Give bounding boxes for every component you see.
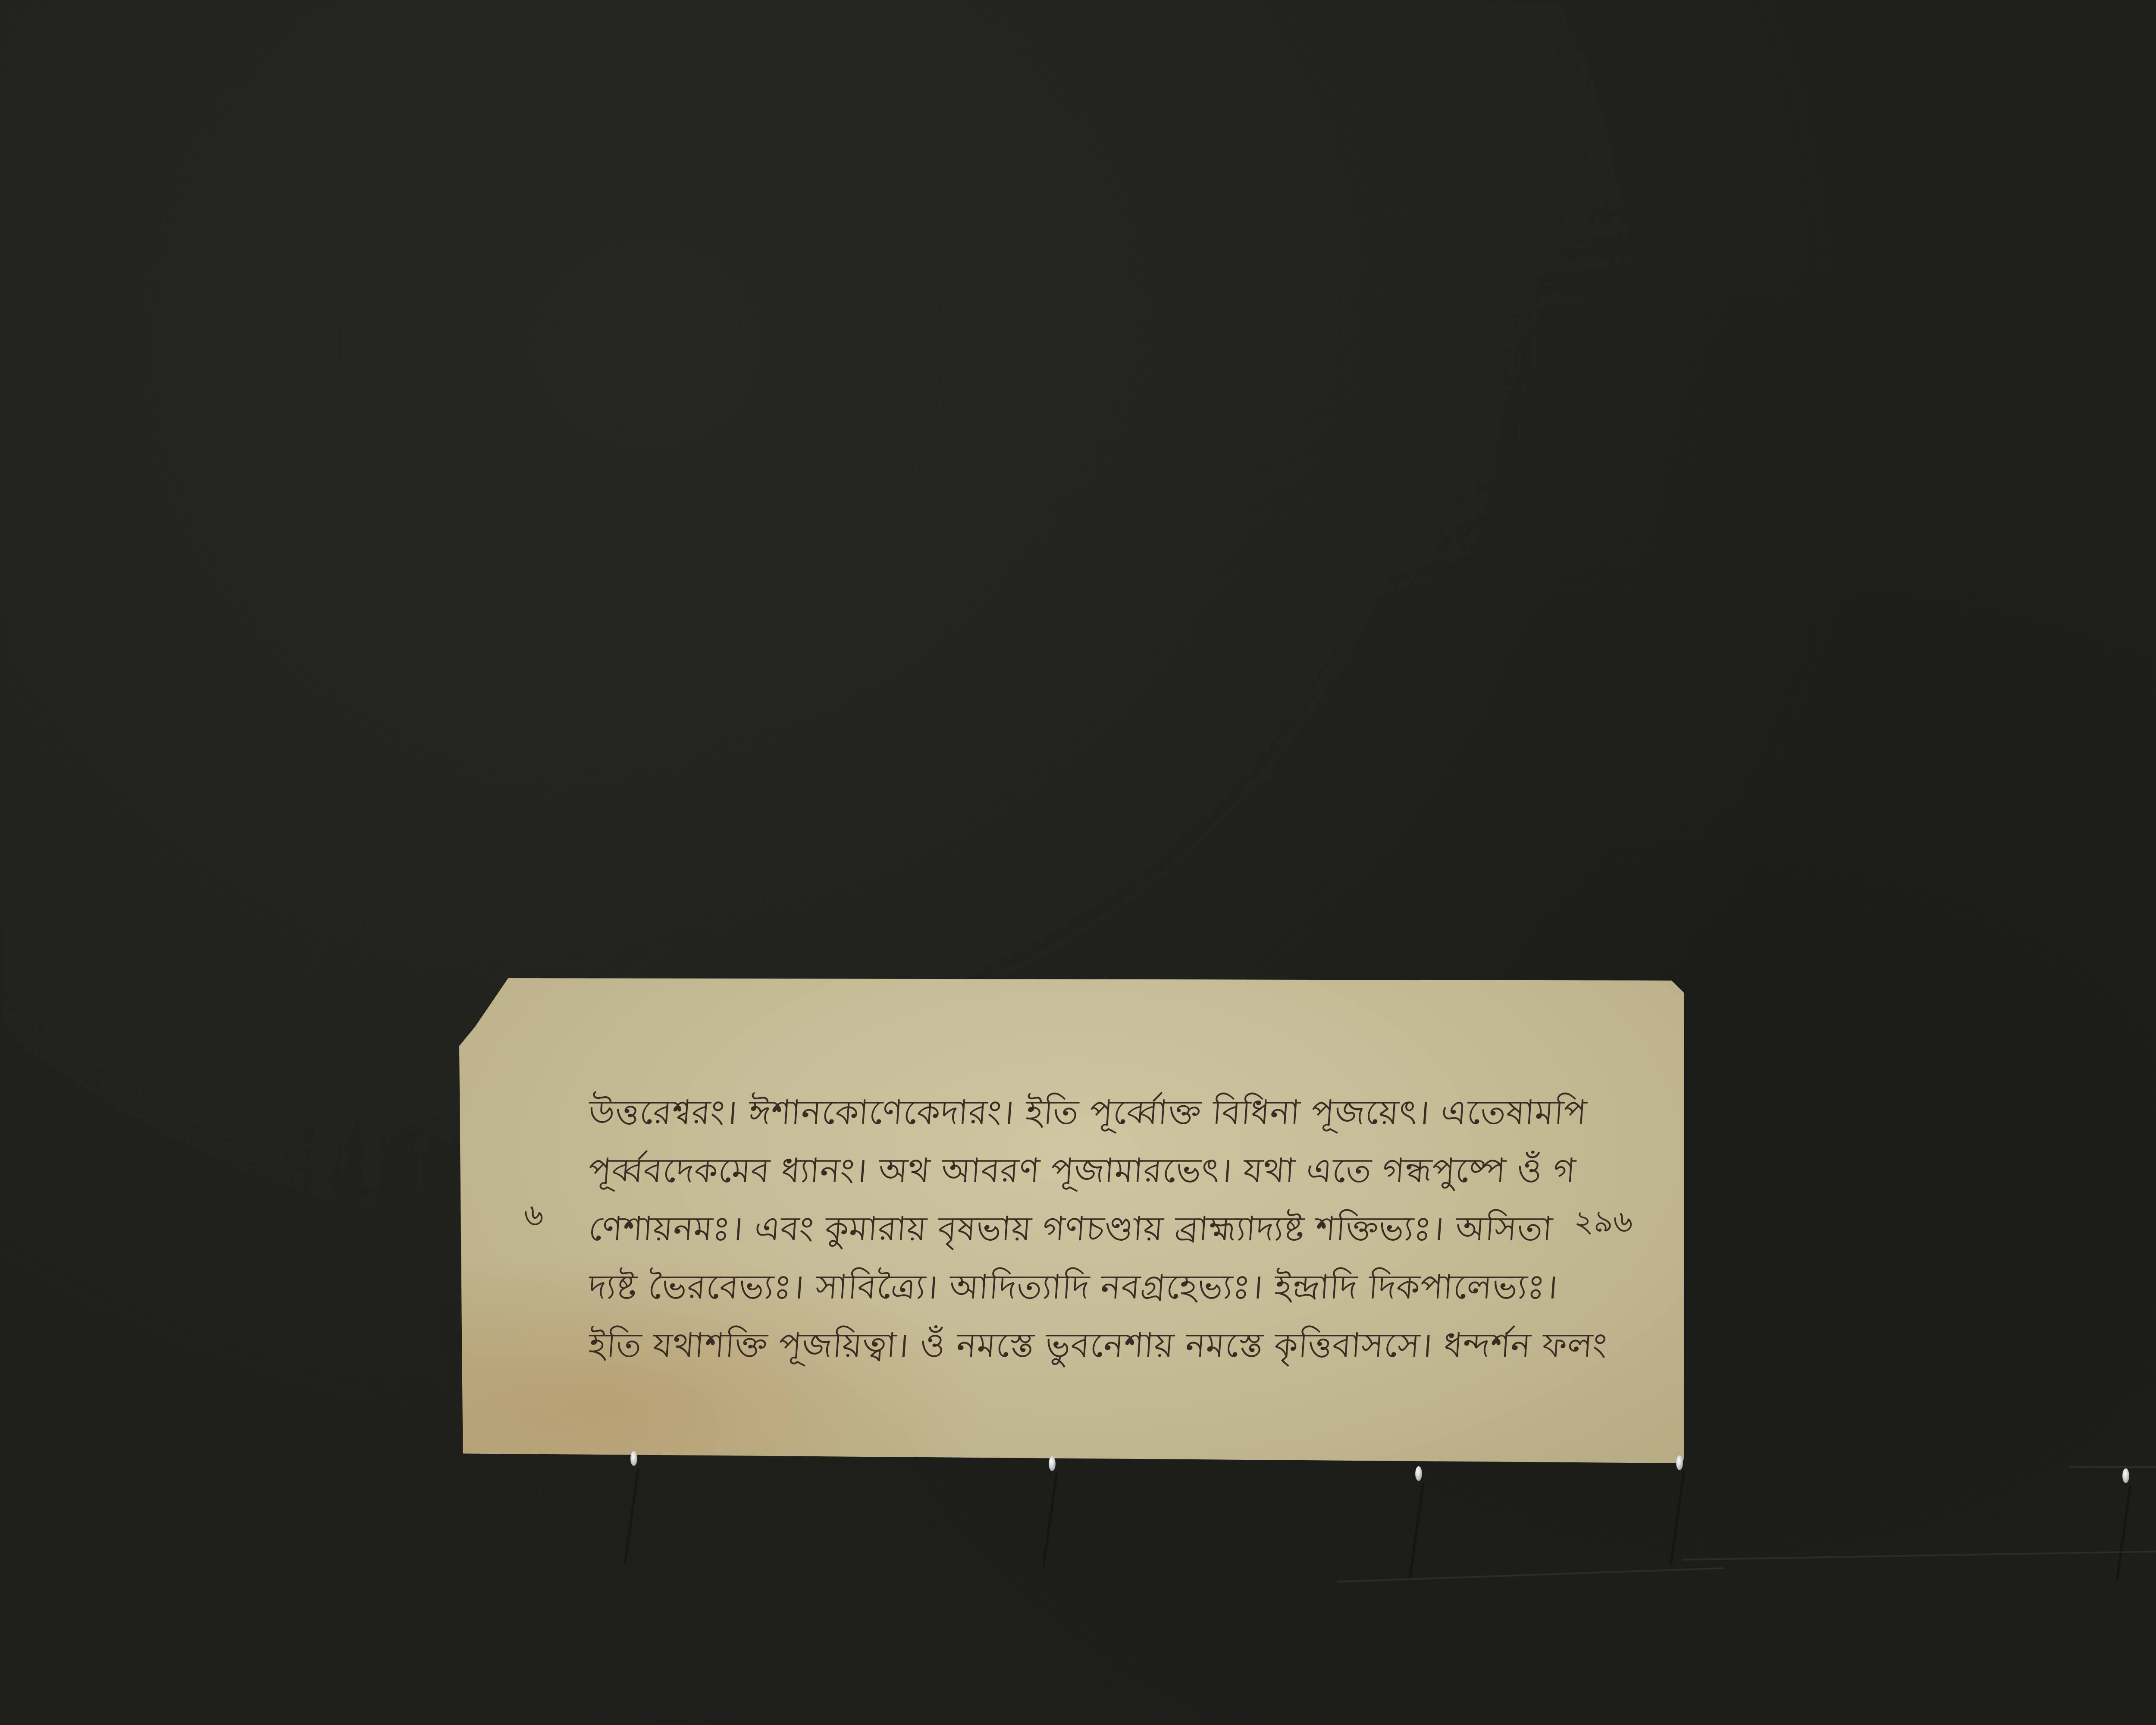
manuscript-line: দ্যষ্ট ভৈরবেভ্যঃ। সাবিত্র্যৈ। আদিত্যাদি … [586,1258,1617,1317]
pin-shadow [1670,1471,1686,1565]
pin-shadow [2116,1486,2132,1581]
manuscript-line: পূর্ব্ববদেকমেব ধ্যানং। অথ আবরণ পূজামারভে… [586,1142,1617,1200]
pin-icon [1049,1456,1056,1471]
manuscript-line: ণেশায়নমঃ। এবং কুমারায় বৃষভায় গণচণ্ডায… [586,1200,1617,1258]
board-scratch [1682,1546,2156,1561]
pin-icon [2122,1468,2129,1483]
pin-shadow [624,1468,640,1563]
folio-number: ২৯৬ [1574,1198,1633,1248]
pin-icon [630,1451,637,1466]
manuscript-line: উত্তরেশ্বরং। ঈশানকোণেকেদারং। ইতি পূর্ব্ব… [586,1084,1617,1142]
manuscript-line: ইতি যথাশক্তি পূজয়িত্বা। ওঁ নমস্তে ভুবনে… [586,1317,1617,1375]
pin-icon [1415,1466,1422,1481]
pin-shadow [1042,1473,1058,1568]
manuscript-leaf: ৬ উত্তরেশ্বরং। ঈশানকোণেকেদারং। ইতি পূর্ব… [459,978,1684,1463]
manuscript-text: উত্তরেশ্বরং। ঈশানকোণেকেদারং। ইতি পূর্ব্ব… [589,1084,1615,1375]
margin-number-left: ৬ [524,1192,544,1242]
display-board: ৬ উত্তরেশ্বরং। ঈশানকোণেকেদারং। ইতি পূর্ব… [0,0,2156,1725]
pin-shadow [1409,1483,1425,1578]
board-scratch [2070,1466,2156,1468]
pin-icon [1676,1455,1683,1470]
board-scratch [1337,1567,1725,1582]
